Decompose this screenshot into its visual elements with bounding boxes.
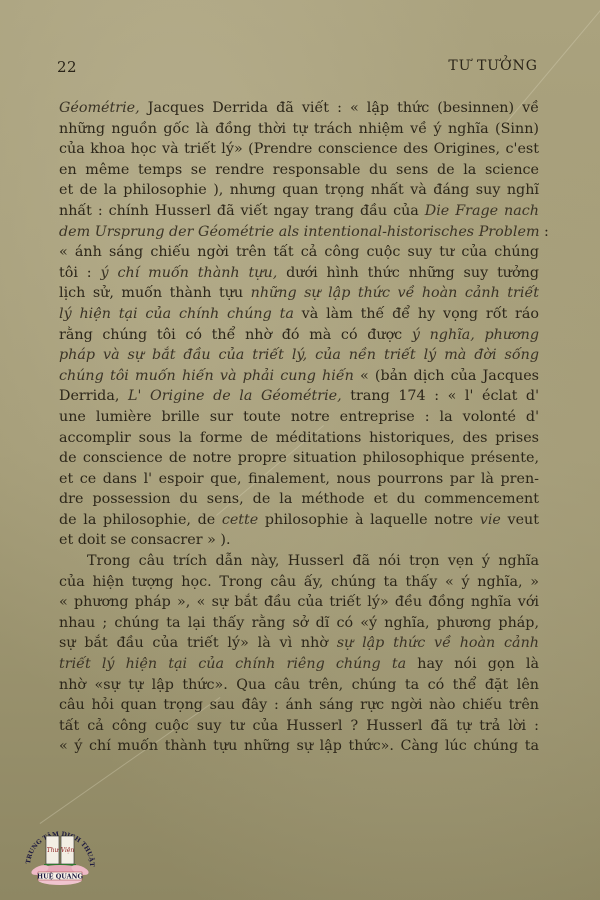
italic-text: pháp và sự bắt đầu của triết lý, của nền…: [59, 347, 539, 363]
text-line: triết lý hiện tại của chính riêng chúng …: [59, 654, 539, 675]
text-span: tôi :: [59, 265, 101, 281]
body-text: Géométrie, Jacques Derrida đã viết : « l…: [59, 98, 539, 757]
text-line: dem Ursprung der Géométrie als intention…: [59, 222, 539, 243]
text-span: hay nói gọn là: [406, 656, 539, 672]
italic-text: sự lập thức về hoàn cảnh: [337, 635, 539, 651]
logo-book-right-text: Viện: [61, 847, 75, 854]
text-span: une lumière brille sur toute notre entre…: [59, 409, 539, 425]
text-span: nhất : chính Husserl đã viết ngay trang …: [59, 203, 425, 219]
text-line: lý hiện tại của chính chúng ta và làm th…: [59, 304, 539, 325]
text-line: une lumière brille sur toute notre entre…: [59, 407, 539, 428]
text-span: et ce dans l' espoir que, finalement, no…: [59, 471, 539, 487]
text-span: en même temps se rendre responsable du s…: [59, 162, 539, 178]
text-line: Géométrie, Jacques Derrida đã viết : « l…: [59, 98, 539, 119]
italic-text: chúng tôi muốn hiến và phải cung hiến: [59, 368, 354, 384]
logo-book-left-text: Thư: [47, 847, 60, 854]
text-span: của khoa học và triết lý» (Prendre consc…: [59, 141, 539, 157]
text-line: tất cả công cuộc suy tư của Husserl ? Hu…: [59, 716, 539, 737]
text-span: « ý chí muốn thành tựu những sự lập thức…: [59, 738, 539, 754]
text-line: en même temps se rendre responsable du s…: [59, 160, 539, 181]
text-line: lịch sử, muốn thành tựu những sự lập thứ…: [59, 283, 539, 304]
text-span: nhờ «sự tự lập thức». Qua câu trên, chún…: [59, 677, 539, 693]
text-line: sự bắt đầu của triết lý» là vì nhờ sự lậ…: [59, 633, 539, 654]
italic-text: lý hiện tại của chính chúng ta: [59, 306, 294, 322]
text-line: et ce dans l' espoir que, finalement, no…: [59, 469, 539, 490]
text-span: Jacques Derrida đã viết : « lập thức (be…: [140, 100, 539, 116]
text-span: « (bản dịch của Jacques: [354, 368, 539, 384]
text-span: veut: [501, 512, 539, 528]
text-line: de la philosophie, de cette philosophie …: [59, 510, 539, 531]
italic-text: vie: [480, 512, 501, 528]
text-line: nhau ; chúng ta lại thấy rằng sở dĩ có «…: [59, 613, 539, 634]
text-span: tất cả công cuộc suy tư của Husserl ? Hu…: [59, 718, 539, 734]
text-line: của khoa học và triết lý» (Prendre consc…: [59, 139, 539, 160]
text-line: chúng tôi muốn hiến và phải cung hiến « …: [59, 366, 539, 387]
text-line: et de la philosophie ), nhưng quan trọng…: [59, 180, 539, 201]
text-line: nhờ «sự tự lập thức». Qua câu trên, chún…: [59, 675, 539, 696]
text-span: « phương pháp », « sự bắt đầu của triết …: [59, 594, 539, 610]
text-span: « ánh sáng chiếu ngời trên tất cả công c…: [59, 244, 539, 260]
text-line: Derrida, L' Origine de la Géométrie, tra…: [59, 386, 539, 407]
italic-text: Die Frage nach: [425, 203, 539, 219]
text-line: « ánh sáng chiếu ngời trên tất cả công c…: [59, 242, 539, 263]
italic-text: những sự lập thức về hoàn cảnh triết: [251, 285, 539, 301]
text-line: dre possession du sens, de la méthode et…: [59, 489, 539, 510]
text-line: Trong câu trích dẫn này, Husserl đã nói …: [59, 551, 539, 572]
text-span: trang 174 : « l' éclat d': [342, 388, 539, 404]
text-span: de la philosophie, de: [59, 512, 222, 528]
page-number: 22: [57, 58, 77, 76]
text-span: Trong câu trích dẫn này, Husserl đã nói …: [87, 553, 539, 569]
hue-quang-logo: TRUNG TÂM DỊCH THUẬT HÁN NÔM Thư Viện HU…: [18, 822, 102, 890]
text-line: « ý chí muốn thành tựu những sự lập thức…: [59, 736, 539, 757]
text-line: accomplir sous la forme de méditations h…: [59, 428, 539, 449]
running-header-title: TƯ TƯỞNG: [448, 58, 538, 74]
text-line: et doit se consacrer » ).: [59, 530, 539, 551]
text-span: dưới hình thức những suy tưởng: [277, 265, 539, 281]
text-line: rằng chúng tôi có thể nhờ đó mà có được …: [59, 325, 539, 346]
logo-banner-text: HUỆ QUANG: [37, 872, 83, 881]
italic-text: cette: [222, 512, 258, 528]
italic-text: triết lý hiện tại của chính riêng chúng …: [59, 656, 406, 672]
text-span: và làm thế để hy vọng rốt ráo: [294, 306, 539, 322]
text-line: câu hỏi quan trọng sau đây : ánh sáng rự…: [59, 695, 539, 716]
text-span: Derrida,: [59, 388, 128, 404]
text-span: nhau ; chúng ta lại thấy rằng sở dĩ có «…: [59, 615, 539, 631]
text-span: dre possession du sens, de la méthode et…: [59, 491, 539, 507]
text-line: những nguồn gốc là đồng thời tự trách nh…: [59, 119, 539, 140]
text-line: pháp và sự bắt đầu của triết lý, của nền…: [59, 345, 539, 366]
text-line: của hiện tượng học. Trong câu ấy, chúng …: [59, 572, 539, 593]
text-span: của hiện tượng học. Trong câu ấy, chúng …: [59, 574, 539, 590]
text-span: sự bắt đầu của triết lý» là vì nhờ: [59, 635, 337, 651]
italic-text: L' Origine de la Géométrie,: [128, 388, 342, 404]
italic-text: ý chí muốn thành tựu,: [101, 265, 278, 281]
text-span: rằng chúng tôi có thể nhờ đó mà có được: [59, 327, 412, 343]
text-span: câu hỏi quan trọng sau đây : ánh sáng rự…: [59, 697, 539, 713]
text-line: de conscience de notre propre situation …: [59, 448, 539, 469]
text-line: nhất : chính Husserl đã viết ngay trang …: [59, 201, 539, 222]
italic-text: dem Ursprung der Géométrie als intention…: [59, 224, 540, 240]
text-span: philosophie à laquelle notre: [258, 512, 480, 528]
italic-text: ý nghĩa, phương: [412, 327, 539, 343]
text-span: et de la philosophie ), nhưng quan trọng…: [59, 182, 539, 198]
italic-text: Géométrie,: [59, 100, 140, 116]
text-span: accomplir sous la forme de méditations h…: [59, 430, 539, 446]
text-line: « phương pháp », « sự bắt đầu của triết …: [59, 592, 539, 613]
text-span: de conscience de notre propre situation …: [59, 450, 539, 466]
text-span: et doit se consacrer » ).: [59, 532, 231, 548]
text-span: lịch sử, muốn thành tựu: [59, 285, 251, 301]
text-span: những nguồn gốc là đồng thời tự trách nh…: [59, 121, 539, 137]
text-span: :: [540, 224, 549, 240]
text-line: tôi : ý chí muốn thành tựu, dưới hình th…: [59, 263, 539, 284]
